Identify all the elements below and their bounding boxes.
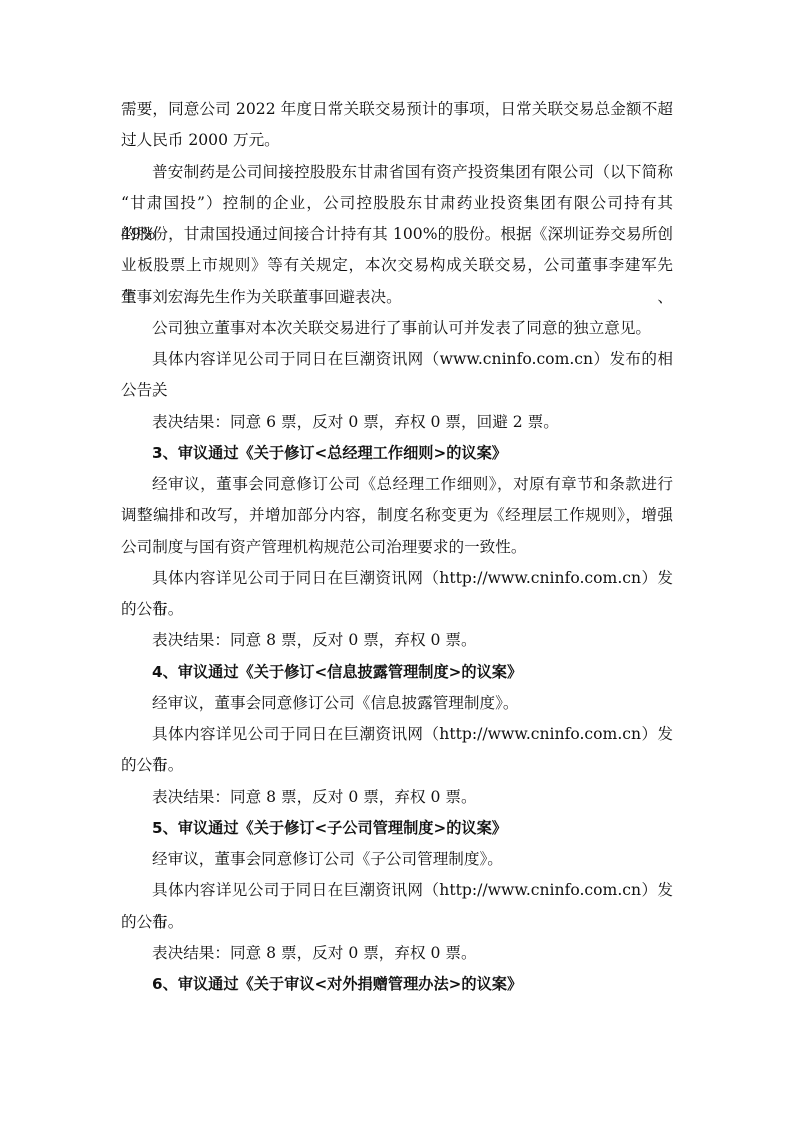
paragraph-line: 具体内容详见公司于同日在巨潮资讯网（www.cninfo.com.cn）发布的相… (121, 344, 673, 375)
paragraph-line: 经审议，董事会同意修订公司《总经理工作细则》，对原有章节和条款进行 (121, 469, 673, 500)
section-heading-4: 4、审议通过《关于修订<信息披露管理制度>的议案》 (121, 657, 673, 688)
document-body: 需要，同意公司 2022 年度日常关联交易预计的事项，日常关联交易总金额不超 过… (121, 94, 673, 1000)
paragraph-line: 调整编排和改写，并增加部分内容，制度名称变更为《经理层工作规则》，增强 (121, 500, 673, 531)
vote-result-line: 表决结果：同意 6 票，反对 0 票，弃权 0 票，回避 2 票。 (121, 407, 673, 438)
paragraph-line: 经审议，董事会同意修订公司《子公司管理制度》。 (121, 844, 673, 875)
paragraph-line: 的股份，甘肃国投通过间接合计持有其 100%的股份。根据《深圳证券交易所创 (121, 219, 673, 250)
vote-result-line: 表决结果：同意 8 票，反对 0 票，弃权 0 票。 (121, 938, 673, 969)
paragraph-line: 业板股票上市规则》等有关规定，本次交易构成关联交易，公司董事李建军先生、 (121, 250, 673, 281)
section-heading-6: 6、审议通过《关于审议<对外捐赠管理办法>的议案》 (121, 969, 673, 1000)
document-page: 需要，同意公司 2022 年度日常关联交易预计的事项，日常关联交易总金额不超 过… (0, 0, 793, 1122)
paragraph-line: 的公告。 (121, 907, 673, 938)
paragraph-line: 公司独立董事对本次关联交易进行了事前认可并发表了同意的独立意见。 (121, 313, 673, 344)
vote-result-line: 表决结果：同意 8 票，反对 0 票，弃权 0 票。 (121, 625, 673, 656)
vote-result-line: 表决结果：同意 8 票，反对 0 票，弃权 0 票。 (121, 782, 673, 813)
paragraph-line: 具体内容详见公司于同日在巨潮资讯网（http://www.cninfo.com.… (121, 875, 673, 906)
paragraph-line: 的公告。 (121, 750, 673, 781)
paragraph-line: 具体内容详见公司于同日在巨潮资讯网（http://www.cninfo.com.… (121, 719, 673, 750)
paragraph-line: 具体内容详见公司于同日在巨潮资讯网（http://www.cninfo.com.… (121, 563, 673, 594)
paragraph-line: 的公告。 (121, 594, 673, 625)
section-heading-3: 3、审议通过《关于修订<总经理工作细则>的议案》 (121, 438, 673, 469)
paragraph-line: “甘肃国投”）控制的企业，公司控股股东甘肃药业投资集团有限公司持有其 49% (121, 188, 673, 219)
section-heading-5: 5、审议通过《关于修订<子公司管理制度>的议案》 (121, 813, 673, 844)
paragraph-line: 公告。 (121, 375, 673, 406)
paragraph-line: 过人民币 2000 万元。 (121, 125, 673, 156)
paragraph-line: 经审议，董事会同意修订公司《信息披露管理制度》。 (121, 688, 673, 719)
paragraph-line: 需要，同意公司 2022 年度日常关联交易预计的事项，日常关联交易总金额不超 (121, 94, 673, 125)
paragraph-line: 普安制药是公司间接控股股东甘肃省国有资产投资集团有限公司（以下简称 (121, 157, 673, 188)
paragraph-line: 公司制度与国有资产管理机构规范公司治理要求的一致性。 (121, 532, 673, 563)
